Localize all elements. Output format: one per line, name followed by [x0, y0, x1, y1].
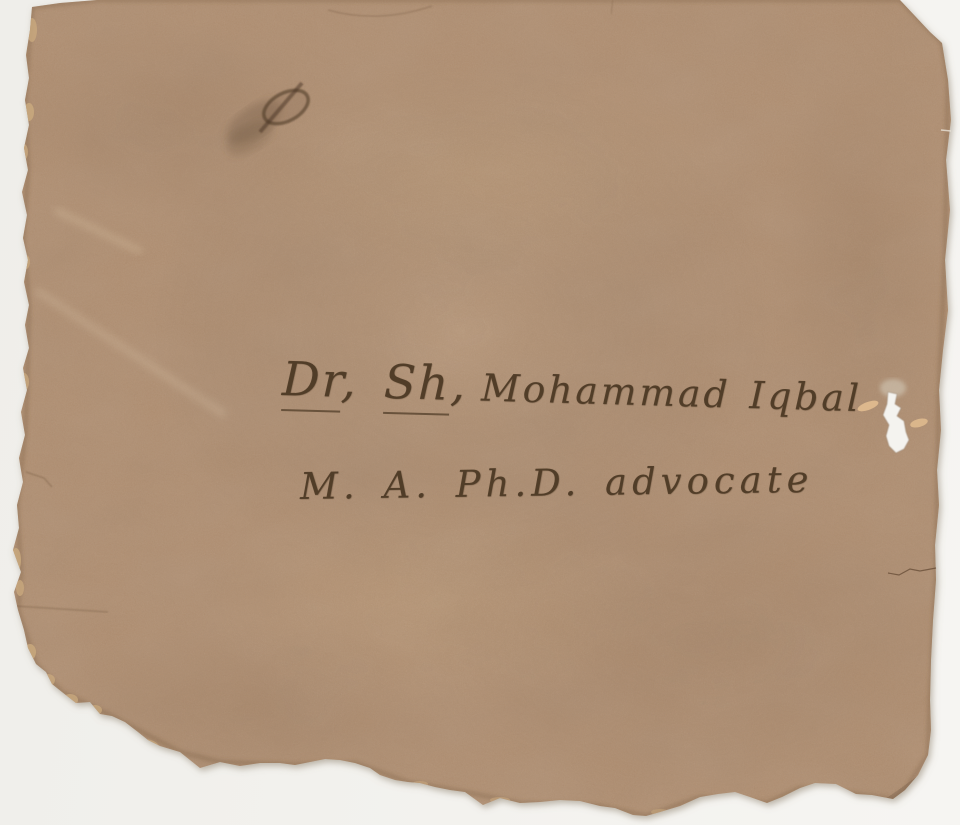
- comma-1: ,: [340, 354, 358, 409]
- handwritten-line-2: M. A. Ph.D. advocate: [300, 461, 814, 505]
- comma-2: ,: [450, 357, 468, 412]
- title-abbreviation: Dr: [281, 352, 342, 413]
- scanned-document: Dr,Sh,Mohammad Iqbal M. A. Ph.D. advocat…: [0, 0, 960, 825]
- name-prefix-abbreviation: Sh: [383, 355, 451, 416]
